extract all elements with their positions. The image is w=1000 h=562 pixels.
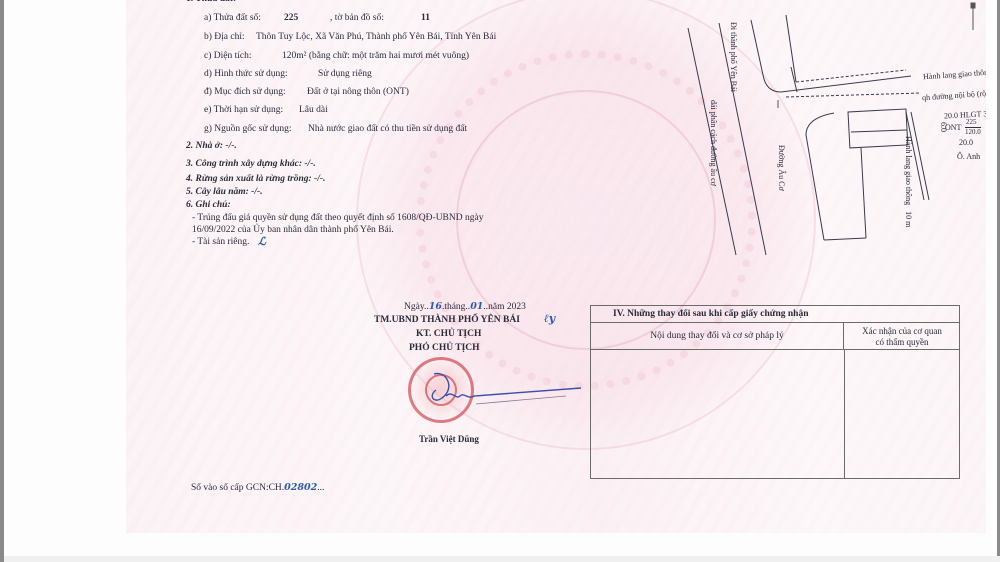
note-line-3: - Tài sản riêng. [192, 237, 249, 247]
address-value: Thôn Tuy Lộc, Xã Văn Phú, Thành phố Yên … [256, 32, 496, 42]
usage-form-value: Sử dụng riêng [318, 69, 372, 79]
bottom-edge-length: 20.0 [959, 138, 973, 147]
plantation-forest-line: 4. Rừng sản xuất là rừng trồng: -/-. [186, 174, 325, 184]
signer-role-1: KT. CHỦ TỊCH [416, 329, 481, 339]
perennial-trees-line: 5. Cây lâu năm: -/-. [186, 187, 263, 197]
separator-strip-label: dải phân cách đường âu cơ [709, 100, 718, 186]
map-parcel-number: 225 [966, 118, 977, 126]
column-divider [844, 350, 845, 478]
neighbor-label: Ô. Anh [957, 152, 980, 161]
confirm-header-line-1: Xác nhận của cơ quan [844, 326, 960, 337]
area-value: 120m² (bằng chữ: một trăm hai mươi mét v… [282, 51, 469, 61]
initials-mark: ℒ [258, 235, 266, 248]
registry-label: Số vào sổ cấp GCN:CH. [191, 483, 284, 493]
note-line-2: 16/09/2022 của Ủy ban nhân dân thành phố… [192, 225, 394, 235]
map-sheet-label: , tờ bản đồ số: [330, 13, 384, 23]
authority-name: TM.UBND THÀNH PHỐ YÊN BÁI [374, 315, 520, 325]
date-month-prefix: .tháng.. [442, 302, 470, 312]
other-construction-line: 3. Công trình xây dựng khác: -/-. [186, 159, 316, 169]
authority-initials: ℓy [544, 312, 555, 325]
purpose-label: đ) Mục đích sử dụng: [204, 87, 286, 97]
date-line: Ngày..16.tháng..01..năm 2023 [404, 301, 526, 312]
date-day: 16 [429, 301, 442, 312]
changes-table: IV. Những thay đổi sau khi cấp giấy chứn… [590, 305, 960, 479]
registry-suffix: ... [317, 483, 324, 493]
road-name-label: Đường Âu Cơ [777, 145, 786, 191]
date-month: 01 [470, 301, 483, 312]
origin-value: Nhà nước giao đất có thu tiền sử dụng đấ… [308, 124, 467, 134]
signature-icon [416, 370, 586, 420]
origin-label: g) Nguồn gốc sử dụng: [204, 124, 291, 134]
address-label: b) Địa chỉ: [204, 32, 245, 42]
parcel-label: a) Thửa đất số: [204, 13, 261, 23]
map-sheet-number: 11 [421, 13, 430, 23]
section1-header: 1. Thửa đất: [186, 0, 236, 4]
changes-col-confirm-header: Xác nhận của cơ quan có thẩm quyền [844, 323, 960, 350]
registry-number: 02802 [284, 482, 317, 493]
changes-col-content-header: Nội dung thay đổi và cơ sở pháp lý [591, 323, 844, 350]
viewer-bottom-bar [4, 556, 1000, 562]
purpose-value: Đất ở tại nông thôn (ONT) [307, 87, 409, 97]
usage-form-label: d) Hình thức sử dụng: [204, 69, 288, 79]
corridor-side-label: Hành lang giao thông 10 m [904, 136, 913, 227]
term-value: Lâu dài [299, 105, 328, 115]
signer-role-2: PHÓ CHỦ TỊCH [409, 343, 480, 353]
corridor-side-text: Hành lang giao thông [904, 136, 913, 205]
road-to-city-label: Đi thành phố Yên Bái [729, 22, 738, 92]
house-line: 2. Nhà ở: -/-. [186, 141, 237, 151]
area-label: c) Diện tích: [204, 51, 251, 61]
changes-table-title: IV. Những thay đổi sau khi cấp giấy chứn… [591, 306, 959, 323]
registry-line: Số vào sổ cấp GCN:CH.02802... [191, 482, 324, 493]
term-label: e) Thời hạn sử dụng: [204, 105, 283, 115]
date-prefix: Ngày.. [404, 302, 429, 312]
signer-name: Trần Việt Dũng [419, 434, 479, 444]
notes-header: 6. Ghi chú: [186, 200, 231, 210]
document-viewer: 1. Thửa đất: a) Thửa đất số: 225 , tờ bả… [4, 0, 997, 562]
top-edge-length: 20.0 [944, 111, 958, 121]
land-type-label: ONT [945, 123, 961, 132]
hlgt-width: 3.0 m [983, 108, 986, 118]
date-year: ..năm 2023 [483, 302, 525, 312]
corridor-side-width: 10 m [904, 211, 913, 227]
map-parcel-area: 120.0 [965, 127, 981, 136]
note-line-1: - Trúng đấu giá quyền sử dụng đất theo q… [192, 213, 483, 223]
land-certificate-page: 1. Thửa đất: a) Thửa đất số: 225 , tờ bả… [126, 0, 986, 533]
confirm-header-line-2: có thẩm quyền [844, 337, 960, 348]
parcel-map-sketch: Đi thành phố Yên Bái dải phân cách đường… [666, 0, 986, 260]
parcel-number: 225 [284, 13, 298, 23]
